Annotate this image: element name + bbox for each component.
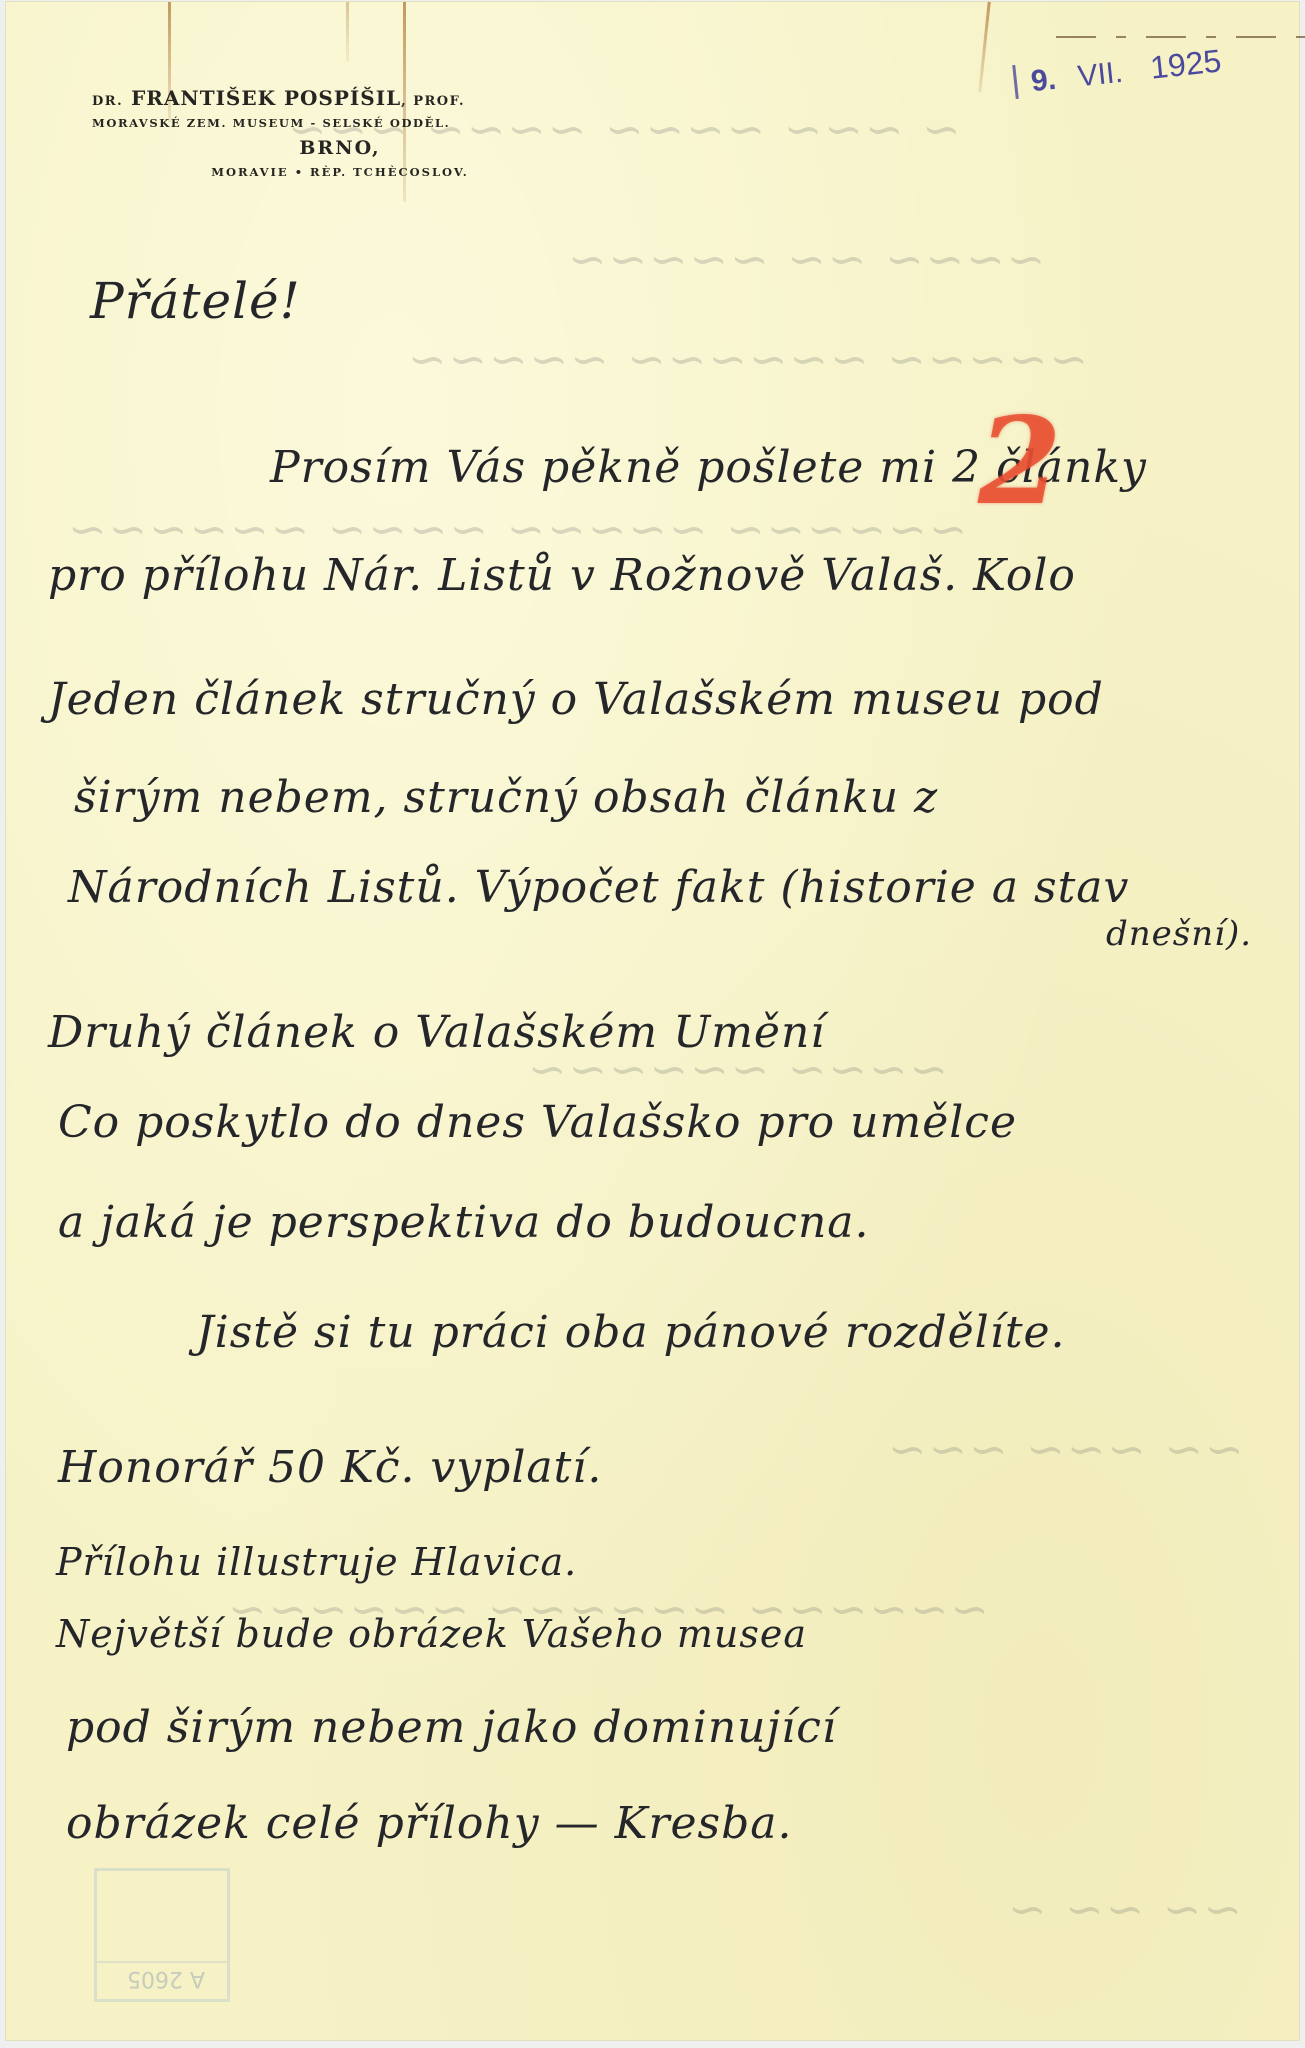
- archive-stamp: A 2605: [94, 1868, 230, 2002]
- letter-line: Národních Listů. Výpočet fakt (historie …: [68, 862, 1129, 913]
- letterhead-institution: MORAVSKÉ ZEM. MUSEUM - SELSKÉ ODDĚL.: [92, 116, 588, 130]
- letterhead-suffix: , PROF.: [401, 94, 465, 109]
- bleed-through-text: ~~~~ ~~ ~~~~~: [566, 232, 1045, 286]
- letterhead: DR. FRANTIŠEK POSPÍŠIL, PROF. MORAVSKÉ Z…: [92, 86, 588, 179]
- bleed-through-text: ~~~~~~ ~~~~~ ~~~~ ~~~~~~: [66, 502, 967, 556]
- letter-line: širým nebem, stručný obsah článku z: [74, 772, 938, 823]
- stamp-bar-icon: [1012, 65, 1019, 99]
- letter-line: pro přílohu Nár. Listů v Rožnově Valaš. …: [48, 550, 1076, 601]
- archive-stamp-divider: [97, 1961, 227, 1963]
- rust-mark: [346, 2, 349, 62]
- rust-mark: [978, 2, 990, 92]
- letter-line: a jaká je perspektiva do budoucna.: [58, 1197, 870, 1248]
- letter-line: obrázek celé přílohy — Kresba.: [66, 1798, 792, 1849]
- bleed-through-text: ~~ ~~~ ~~~: [886, 1422, 1244, 1476]
- letterhead-city: BRNO,: [92, 137, 588, 159]
- top-edge-stain: [1056, 36, 1305, 38]
- date-stamp: 9.VII.1925: [1012, 42, 1223, 101]
- letter-paper: ~ ~~~ ~~~~ ~~~~ ~~~ ~~~~ ~~ ~~~~~ ~~~~~ …: [6, 2, 1299, 2040]
- bleed-through-text: ~~ ~~ ~: [1006, 1882, 1242, 1936]
- letter-line: Přílohu illustruje Hlavica.: [56, 1540, 577, 1584]
- letterhead-prefix: DR.: [92, 94, 123, 109]
- letterhead-country: MORAVIE • RÈP. TCHÈCOSLOV.: [92, 165, 588, 179]
- stamp-month: VII.: [1076, 56, 1124, 94]
- letterhead-name: FRANTIŠEK POSPÍŠIL: [131, 86, 401, 110]
- stamp-year: 1925: [1148, 42, 1223, 85]
- archive-number: A 2605: [127, 1966, 205, 1991]
- letter-line: pod širým nebem jako dominující: [66, 1702, 837, 1753]
- salutation: Přátelé!: [90, 272, 301, 330]
- letter-line: Honorář 50 Kč. vyplatí.: [58, 1442, 602, 1493]
- stamp-day: 9.: [1029, 63, 1057, 98]
- letter-line: Co poskytlo do dnes Valašsko pro umělce: [58, 1097, 1017, 1148]
- letter-line: Jeden článek stručný o Valašském museu p…: [48, 674, 1104, 725]
- letter-line: Jistě si tu práci oba pánové rozdělíte.: [196, 1307, 1066, 1358]
- red-pencil-annotation: 2: [978, 402, 1062, 522]
- letterhead-name-line: DR. FRANTIŠEK POSPÍŠIL, PROF.: [92, 86, 588, 110]
- bleed-through-text: ~~~~~ ~~~~~~ ~~~~~: [406, 332, 1088, 386]
- letter-line: Největší bude obrázek Vašeho musea: [56, 1612, 807, 1656]
- letter-line: dnešní).: [1106, 914, 1252, 954]
- letter-line: Druhý článek o Valašském Umění: [48, 1007, 825, 1058]
